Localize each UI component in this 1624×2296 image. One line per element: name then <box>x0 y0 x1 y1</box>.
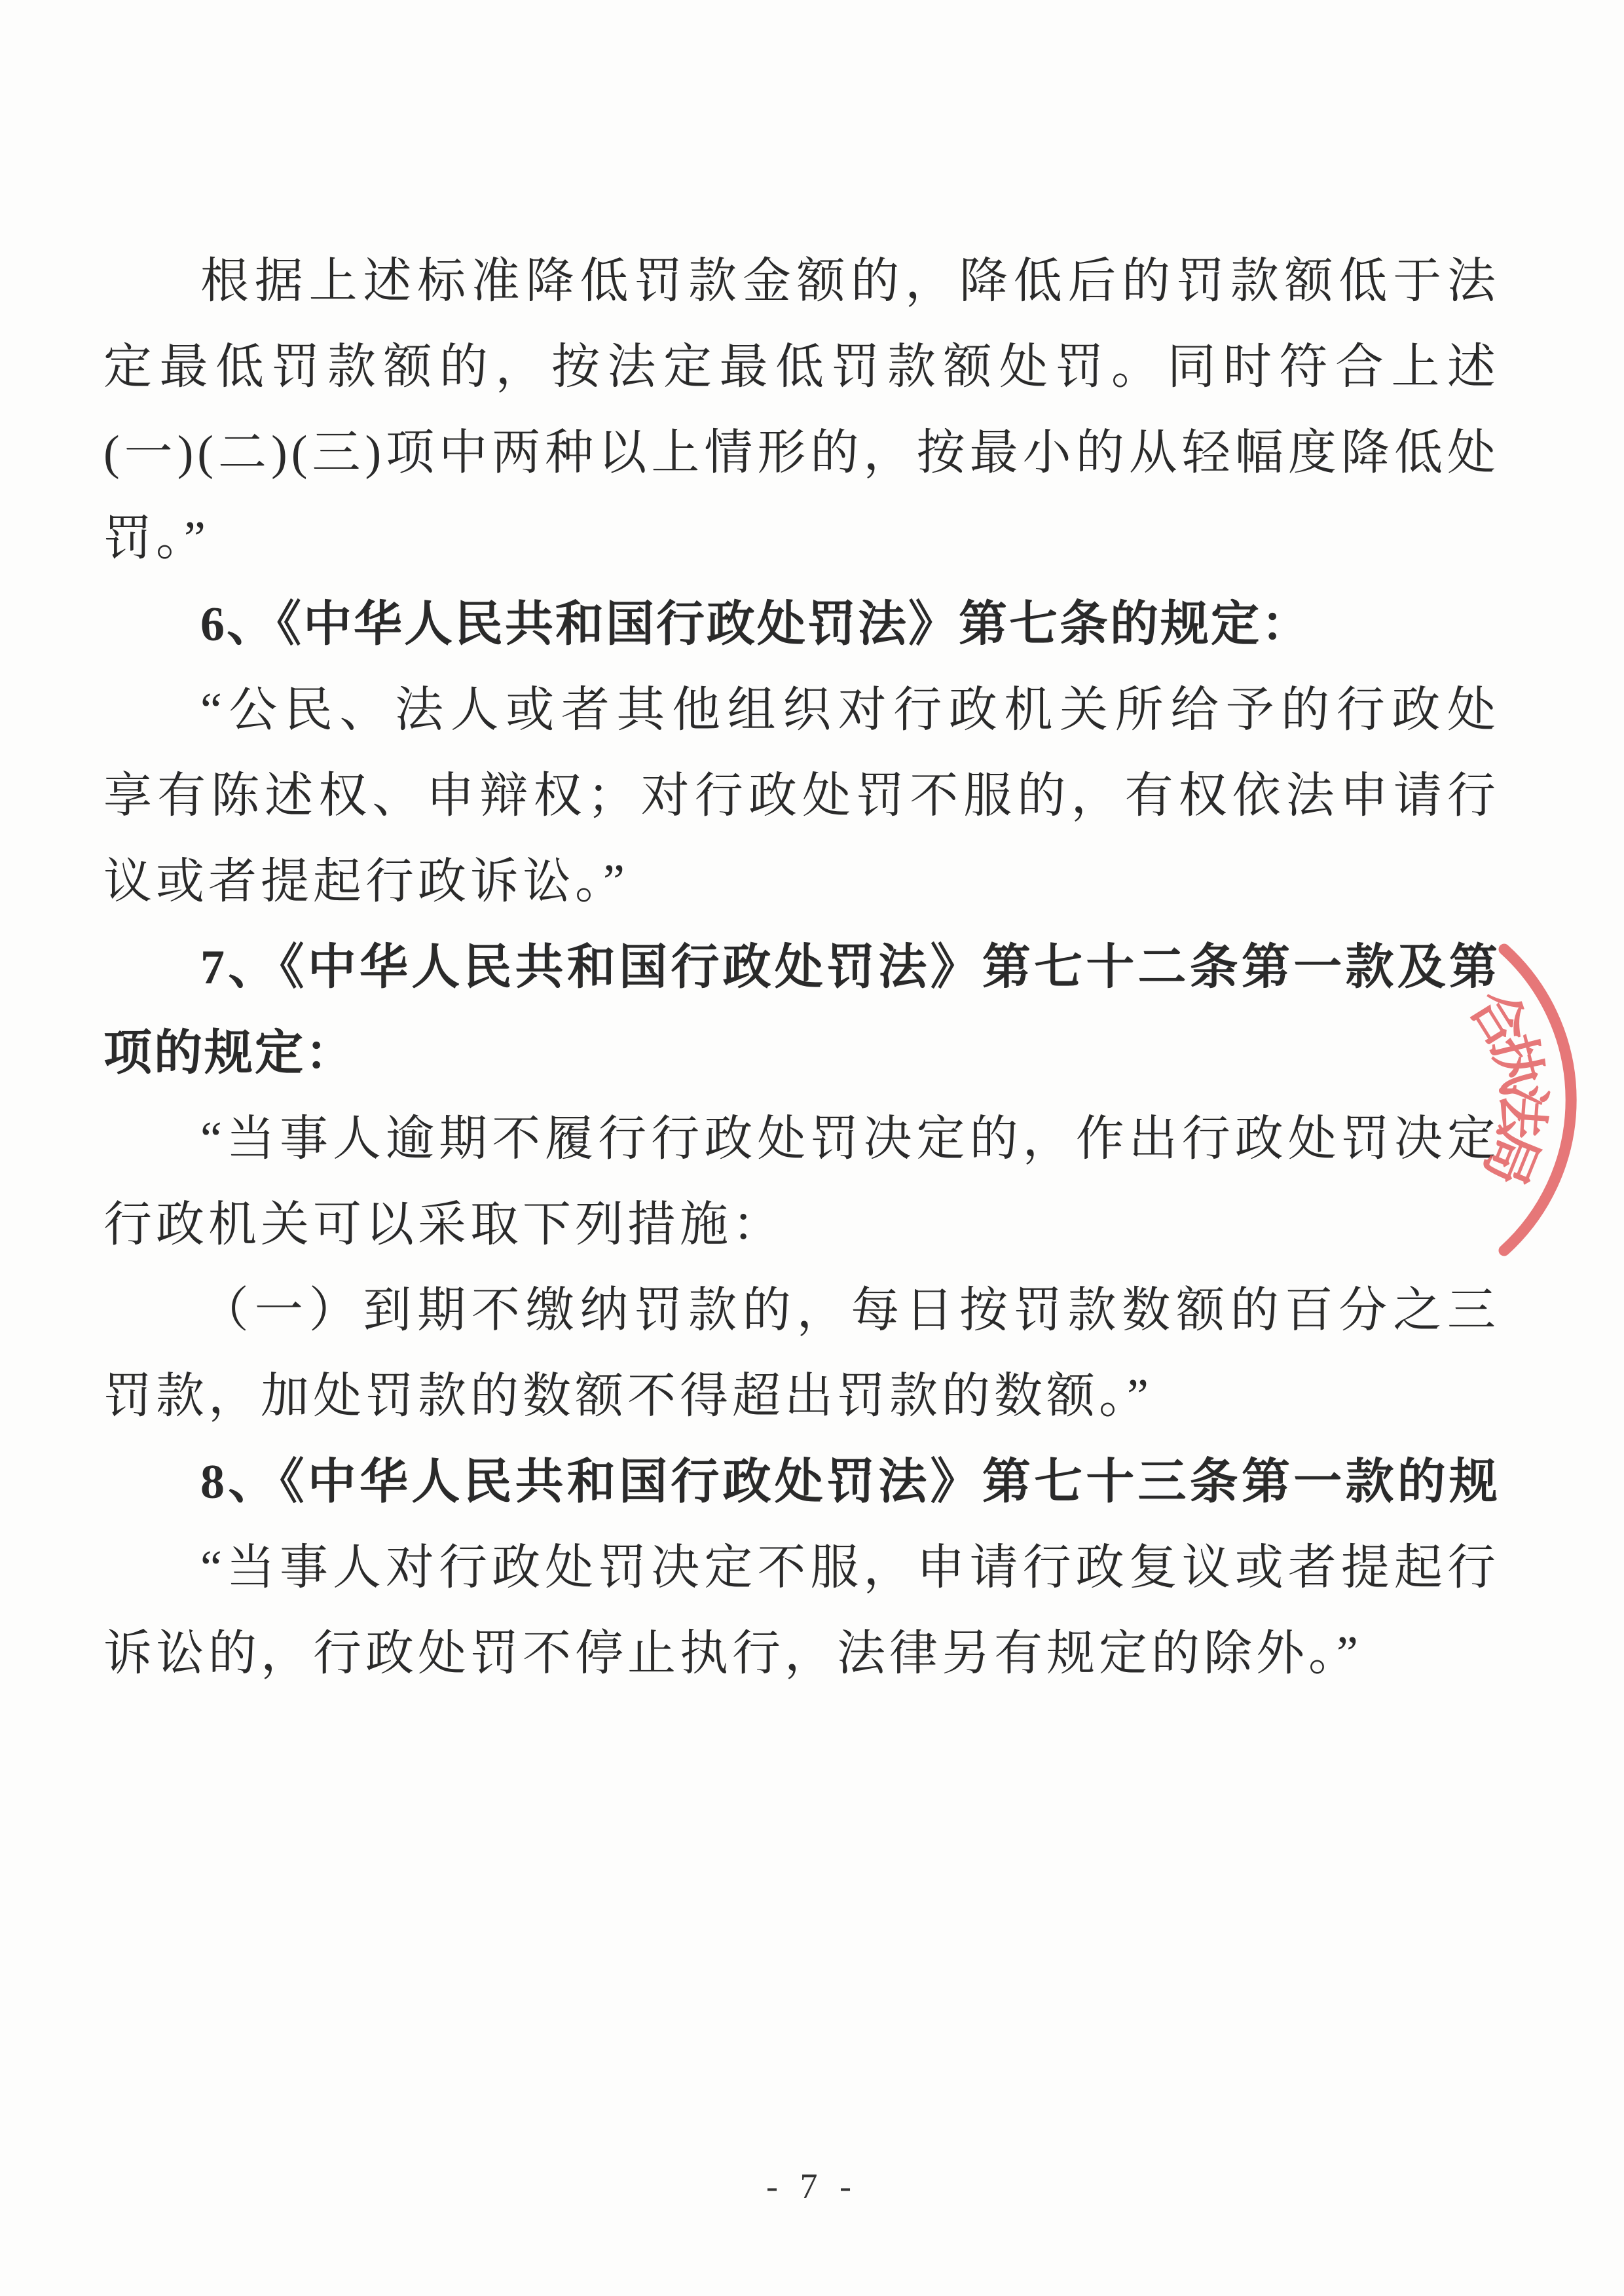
seal-arc <box>1504 949 1571 1250</box>
document-line: 定最低罚款额的，按法定最低罚款额处罚。同时符合上述 <box>103 325 1500 410</box>
document-line: (一)(二)(三)项中两种以上情形的，按最小的从轻幅度降低处 <box>103 410 1500 496</box>
document-heading-8: 8、《中华人民共和国行政处罚法》第七十三条第一款的规定： <box>103 1440 1500 1525</box>
document-line: 诉讼的，行政处罚不停止执行，法律另有规定的除外。” <box>103 1611 1500 1697</box>
document-line: 享有陈述权、申辩权；对行政处罚不服的，有权依法申请行政复 <box>103 754 1500 839</box>
document-body: 根据上述标准降低罚款金额的，降低后的罚款额低于法 定最低罚款额的，按法定最低罚款… <box>103 239 1500 1697</box>
document-line: 议或者提起行政诉讼。” <box>103 839 1500 925</box>
document-heading-7-cont: 项的规定： <box>103 1011 1500 1097</box>
document-line: （一）到期不缴纳罚款的，每日按罚款数额的百分之三加处 <box>103 1268 1500 1354</box>
document-heading-7: 7、《中华人民共和国行政处罚法》第七十二条第一款及第一 <box>103 925 1500 1011</box>
document-page: 根据上述标准降低罚款金额的，降低后的罚款额低于法 定最低罚款额的，按法定最低罚款… <box>0 0 1624 2296</box>
document-line: “当事人逾期不履行行政处罚决定的，作出行政处罚决定的 <box>103 1097 1500 1182</box>
document-line: “公民、法人或者其他组织对行政机关所给予的行政处罚， <box>103 668 1500 754</box>
page-number: - 7 - <box>0 2166 1624 2206</box>
document-line: 根据上述标准降低罚款金额的，降低后的罚款额低于法 <box>103 239 1500 325</box>
document-line: 行政机关可以采取下列措施： <box>103 1182 1500 1268</box>
document-line: 罚。” <box>103 496 1500 582</box>
document-line: 罚款，加处罚款的数额不得超出罚款的数额。” <box>103 1354 1500 1440</box>
document-line: “当事人对行政处罚决定不服，申请行政复议或者提起行政 <box>103 1525 1500 1611</box>
document-heading-6: 6、《中华人民共和国行政处罚法》第七条的规定： <box>103 582 1500 668</box>
